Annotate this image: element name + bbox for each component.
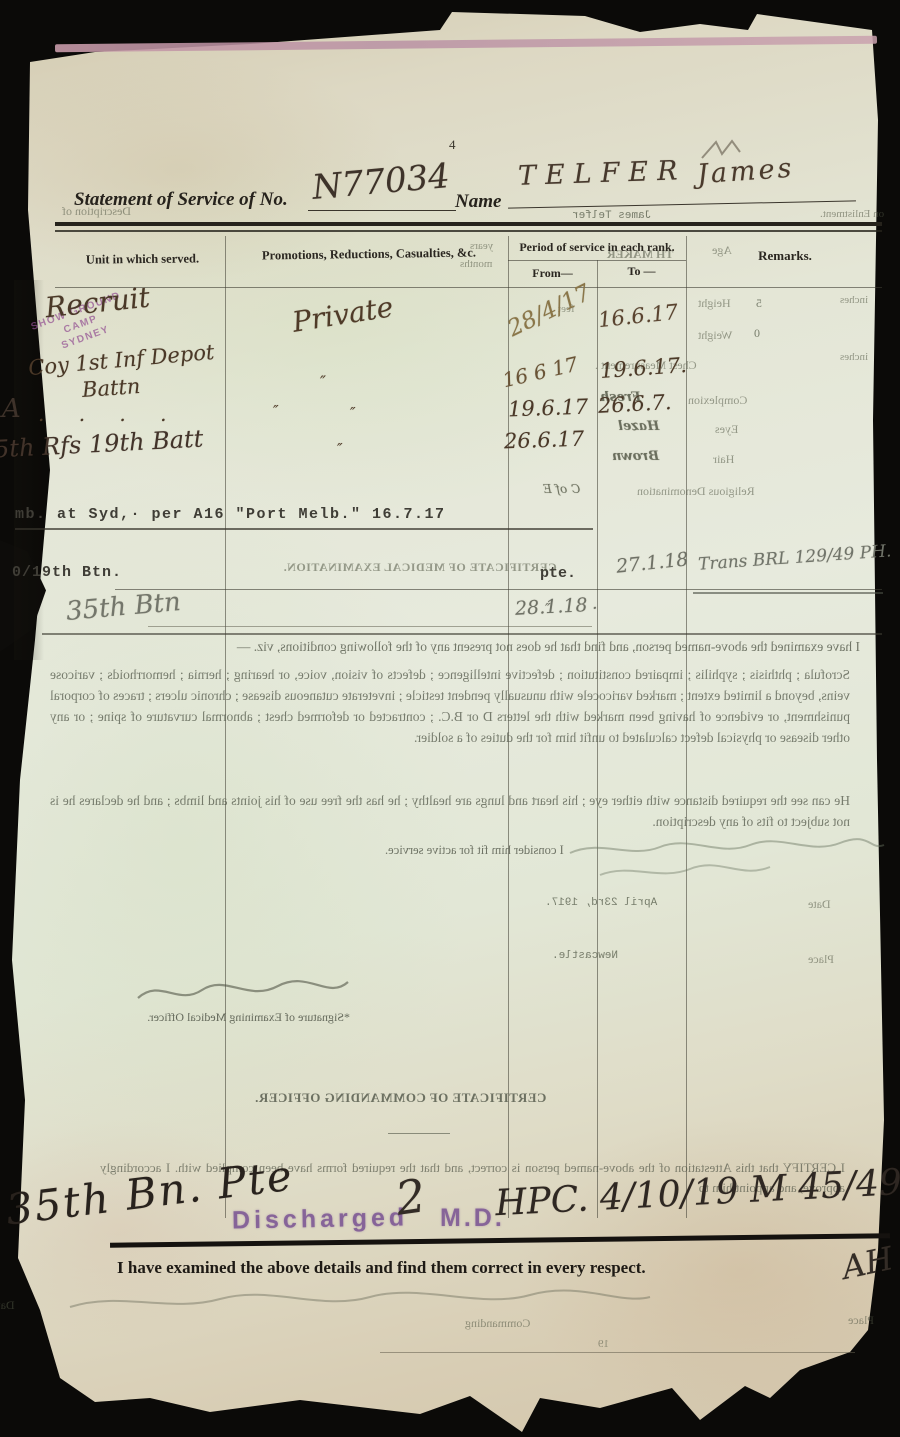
reverse-co-title: CERTIFICATE OF COMMANDING OFFICER. <box>238 1090 563 1106</box>
medical-officer-signature <box>130 972 355 1012</box>
row5-bottom-rule <box>115 589 882 590</box>
reverse-description-of: Description of <box>62 204 131 219</box>
table-top-rule-thin <box>55 230 882 232</box>
row4-from-date: 26.6.17 <box>504 427 585 454</box>
surname-handwritten: TELFER <box>518 155 687 192</box>
reverse-bottom-place-label: Place <box>848 1313 874 1328</box>
reverse-medical-para2: Scrofula ; phthisis ; syphilis ; impaire… <box>50 664 850 748</box>
reverse-date-label: Date <box>808 897 831 912</box>
reverse-age-label: Age <box>712 243 732 258</box>
reverse-hair-label: Hair <box>713 452 734 467</box>
reverse-religion-label: Religious Denomination <box>637 484 755 499</box>
pencil-mark <box>698 138 744 164</box>
row3-rank-ditto1: ″ <box>273 402 279 420</box>
reverse-signature-caption: *Signature of Examining Medical Officer. <box>85 1010 350 1025</box>
embarkation-typed-line: mb. at Syd,· per A16 "Port Melb." 16.7.1… <box>15 506 446 523</box>
reverse-bottom-date-label: Date <box>0 1298 15 1313</box>
row2-unit-line2: Battn <box>81 374 141 402</box>
reverse-on-enlistment: on Enlistment. <box>820 208 884 220</box>
reverse-height-feet-value: 5 <box>756 296 762 311</box>
row3-unit-dots: . . . . <box>38 402 181 426</box>
row6-bottom-rule <box>148 626 592 627</box>
header-row-bottom-rule <box>55 287 882 288</box>
row3-rank-ditto2: ″ <box>350 404 356 422</box>
col-header-to: To — <box>597 264 686 279</box>
reverse-years: years <box>470 240 493 252</box>
reverse-religion-value: C of E <box>543 482 580 496</box>
row4-rank-ditto: ″ <box>337 440 343 458</box>
name-label: Name <box>455 191 501 213</box>
scanned-service-record: 4 Statement of Service of No. N77034 Nam… <box>0 0 900 1437</box>
reverse-medical-para1: I have examined the above-named person, … <box>50 639 860 655</box>
reverse-bottom-year: 19 <box>598 1338 609 1350</box>
embarkation-underline <box>15 528 593 530</box>
medical-section-top-rule <box>42 633 882 635</box>
reverse-eyes-label: Eyes <box>715 422 738 437</box>
reverse-co-title-rule <box>388 1133 450 1134</box>
reverse-complexion-label: Complexion <box>688 393 747 408</box>
row6-from-date: 28.1.18 <box>514 594 588 620</box>
reverse-months: months <box>460 258 492 270</box>
number-underline <box>308 210 456 211</box>
reverse-height-label: Height <box>698 296 731 311</box>
reverse-bottom-scrawl <box>60 1285 660 1319</box>
reverse-hair-value: Brown <box>612 449 659 464</box>
reverse-place-label: Place <box>808 952 834 967</box>
reverse-weight-label: Weight <box>698 328 732 343</box>
page-number: 4 <box>449 137 456 153</box>
examined-statement: I have examined the above details and fi… <box>117 1258 646 1278</box>
row6-dot: · <box>592 598 598 619</box>
reverse-inches-2: inches <box>840 351 868 363</box>
reverse-pencil-annotation <box>560 835 890 889</box>
reverse-date-value: April 23rd, 1917. <box>545 897 657 909</box>
reverse-fit-statement: I consider him fit for active service. <box>385 843 564 858</box>
discharged-stamp: Discharged <box>232 1203 409 1235</box>
reverse-medical-para3: He can see the required distance with ei… <box>50 790 850 832</box>
reverse-place-value: Newcastle. <box>552 950 618 962</box>
reverse-medical-title: CERTIFICATE OF MEDICAL EXAMINATION. <box>275 560 565 575</box>
table-top-rule-thick <box>55 222 882 226</box>
reverse-inches-1: inches <box>840 294 868 306</box>
reverse-bottom-rule <box>380 1352 855 1353</box>
col-header-unit: Unit in which served. <box>60 251 225 268</box>
row3-unit-letter: A <box>2 394 21 424</box>
reverse-commanding-label: Commanding <box>465 1316 530 1331</box>
reverse-weight-value: 0 <box>754 326 760 341</box>
col-header-period: Period of service in each rank. <box>508 240 686 255</box>
reverse-eyes-value: Hazel <box>618 419 659 434</box>
remark-underline <box>693 592 883 594</box>
row2-rank-ditto: ″ <box>320 372 326 391</box>
row3-from-date: 19.6.17 <box>508 395 589 422</box>
reverse-typed-name: James Telfer <box>572 210 651 222</box>
row3-to-date: 26.6.7. <box>597 390 672 418</box>
row5-unit-typed: 0/19th Btn. <box>12 564 122 581</box>
